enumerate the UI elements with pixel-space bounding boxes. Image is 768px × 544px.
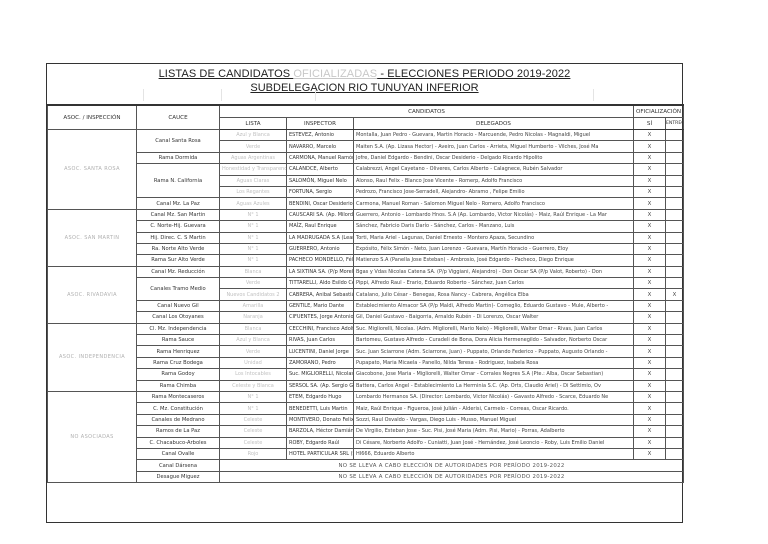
faint-divider (593, 89, 594, 101)
table-row: ASOC. SANTA ROSACanal Santa RosaAzul y B… (48, 130, 684, 141)
delegados-cell: Matienzo S.A (Panella Jose Esteban) - Am… (354, 255, 634, 266)
lista-cell: Azul y Blanca (220, 335, 287, 346)
inspector-cell: HOTEL PARTICULAR SRL (Sr.) (287, 448, 354, 459)
delegados-cell: Pippi, Alfredo Raul - Erario, Eduardo Ro… (354, 278, 634, 289)
cauce-cell: Rama Henriquez (137, 346, 220, 357)
header-candidatos: CANDIDATOS (220, 105, 634, 118)
cauce-cell: Rama Chimba (137, 380, 220, 391)
cauce-cell: Rama Sauce (137, 335, 220, 346)
table-row: Hij. Direc. C. S MartinN° 1LA MADRUGADA … (48, 232, 684, 243)
entregadas-mark (666, 152, 684, 163)
cauce-cell: Ra. Norte Alto Verde (137, 243, 220, 254)
title-block: LISTAS DE CANDIDATOS OFICIALIZADAS - ELE… (47, 64, 682, 104)
cauce-cell: C. Mz. Constitución (137, 403, 220, 414)
lista-cell: Naranja (220, 312, 287, 323)
inspector-cell: RIVAS, Juan Carlos (287, 335, 354, 346)
delegados-cell: Carmona, Manuel Roman - Salomon Miguel N… (354, 198, 634, 209)
lista-cell: N° 1 (220, 243, 287, 254)
delegados-cell: Expósito, Félix Simón - Neto, Juan Loren… (354, 243, 634, 254)
entregadas-mark (666, 232, 684, 243)
inspector-cell: MAÍZ, Raul Enrique (287, 221, 354, 232)
delegados-cell: Suc. Migliorelli, Nicolas. (Adm. Miglior… (354, 323, 634, 334)
lista-cell: Celeste (220, 426, 287, 437)
lista-cell: Rojo (220, 448, 287, 459)
table-row: Canal DársenaNO SE LLEVA A CABO ELECCIÓN… (48, 460, 684, 471)
table-row: Canal Mz. La PazAguas AzulesBENDINI, Osc… (48, 198, 684, 209)
entregadas-mark (666, 414, 684, 425)
entregadas-mark (666, 312, 684, 323)
oficializada-si-mark: X (634, 255, 666, 266)
inspector-cell: Suc. MIGLIORELLI, Nicolas (Adm.) (287, 369, 354, 380)
delegados-cell: Bgas y Vdas Nicolas Catena SA. (P/p Vigg… (354, 266, 634, 277)
oficializada-si-mark: X (634, 369, 666, 380)
oficializada-si-mark: X (634, 266, 666, 277)
inspector-cell: CECCHINI, Francisco Adolfo (287, 323, 354, 334)
delegados-cell: Gil, Daniel Gustavo - Baigorria, Arnaldo… (354, 312, 634, 323)
inspector-cell: CAUSCARI SA. (Ap. Milorda, Eduardo) (287, 209, 354, 220)
table-body: ASOC. SANTA ROSACanal Santa RosaAzul y B… (48, 130, 684, 483)
document-title: LISTAS DE CANDIDATOS OFICIALIZADAS - ELE… (47, 68, 682, 80)
oficializada-si-mark: X (634, 278, 666, 289)
inspector-cell: FORTUNA, Sergio (287, 186, 354, 197)
inspector-cell: LUCENTINI, Daniel Jorge (287, 346, 354, 357)
cauce-cell: Rama N. California (137, 164, 220, 198)
lista-cell: Nuevos Candidatos 2 (220, 289, 287, 300)
lista-cell: N° 1 (220, 391, 287, 402)
delegados-cell: Lombardo Hermanos SA. (Director: Lombard… (354, 391, 634, 402)
lista-cell: Azul y Blanca (220, 130, 287, 141)
oficializada-si-mark: X (634, 232, 666, 243)
oficializada-si-mark: X (634, 221, 666, 232)
delegados-cell: Montalla, Juan Pedro - Guevara, Martin H… (354, 130, 634, 141)
delegados-cell: Maiz, Raúl Enrique - Figueroa, José Juli… (354, 403, 634, 414)
lista-cell: Celeste (220, 437, 287, 448)
entregadas-mark (666, 175, 684, 186)
lista-cell: Los Regantes (220, 186, 287, 197)
oficializada-si-mark: X (634, 335, 666, 346)
inspector-cell: GENTILE, Mario Dante (287, 300, 354, 311)
association-cell: ASOC. SAN MARTIN (48, 209, 137, 266)
delegados-cell: Sánchez, Fabricio Daris Darío - Sánchez,… (354, 221, 634, 232)
delegados-cell: HI666, Eduardo Alberto (354, 448, 634, 459)
title-part1: LISTAS DE CANDIDATOS (159, 68, 294, 80)
oficializada-si-mark: X (634, 437, 666, 448)
lista-cell: N° 1 (220, 255, 287, 266)
table-row: ASOC. RIVADAVIACanal Mz. ReducciónBlanca… (48, 266, 684, 277)
lista-cell: N° 1 (220, 403, 287, 414)
table-row: NO ASOCIADASRama MontecaserosN° 1ETEM, E… (48, 391, 684, 402)
table-row: Desague MiguezNO SE LLEVA A CABO ELECCIÓ… (48, 471, 684, 482)
table-row: C. Chacabuco-ArbolesCelesteROBY, Edgardo… (48, 437, 684, 448)
inspector-cell: ESTEVEZ, Antonio (287, 130, 354, 141)
entregadas-mark (666, 346, 684, 357)
entregadas-mark (666, 255, 684, 266)
candidates-table: ASOC. / INSPECCIÓN CAUCE CANDIDATOS OFIC… (47, 104, 684, 483)
delegados-cell: Calabrezzi, Angel Cayetano - Oliveres, C… (354, 164, 634, 175)
entregadas-mark (666, 426, 684, 437)
entregadas-mark (666, 357, 684, 368)
lista-cell: Aguas Azules (220, 198, 287, 209)
lista-cell: N° 1 (220, 209, 287, 220)
table-row: Rama SauceAzul y BlancaRIVAS, Juan Carlo… (48, 335, 684, 346)
oficializada-si-mark: X (634, 426, 666, 437)
lista-cell: Honestidad y Transparencia (220, 164, 287, 175)
inspector-cell: SALOMÓN, Miguel Nelo (287, 175, 354, 186)
delegados-cell: Giacobone, Jose Maria - Migliorelli, Wal… (354, 369, 634, 380)
inspector-cell: BENDINI, Oscar Desiderio (287, 198, 354, 209)
delegados-cell: Guerrero, Antonio - Lombardo Hnos. S.A (… (354, 209, 634, 220)
table-row: Canal Los OtoyanesNaranjaCIFUENTES, Jorg… (48, 312, 684, 323)
oficializada-si-mark: X (634, 391, 666, 402)
header-lista: LISTA (220, 118, 287, 130)
lista-cell: Aguas Claras (220, 175, 287, 186)
inspector-cell: GUERRERO, Antonio (287, 243, 354, 254)
cauce-cell: Desague Miguez (137, 471, 220, 482)
entregadas-mark (666, 209, 684, 220)
association-cell: ASOC. SANTA ROSA (48, 130, 137, 210)
cauce-cell: Cl. Mz. Independencia (137, 323, 220, 334)
document-sheet: LISTAS DE CANDIDATOS OFICIALIZADAS - ELE… (46, 63, 683, 523)
oficializada-si-mark: X (634, 312, 666, 323)
faint-divider (221, 89, 222, 101)
inspector-cell: LA SIXTINA SA. (P/p Morelli) (287, 266, 354, 277)
oficializada-si-mark: X (634, 448, 666, 459)
delegados-cell: Di Césare, Norberto Adolfo - Cuniatti, J… (354, 437, 634, 448)
oficializada-si-mark: X (634, 175, 666, 186)
entregadas-mark: X (666, 289, 684, 300)
association-cell: ASOC. INDEPENDENCIA (48, 323, 137, 391)
cauce-cell: Canal Dársena (137, 460, 220, 471)
oficializada-si-mark: X (634, 198, 666, 209)
lista-cell: Verde (220, 141, 287, 152)
cauce-cell: Canal Mz. Reducción (137, 266, 220, 277)
delegados-cell: Establecimiento Almacor SA (P/p Maldi, A… (354, 300, 634, 311)
oficializada-si-mark: X (634, 130, 666, 141)
cauce-cell: Rama Godoy (137, 369, 220, 380)
table-row: C. Mz. ConstituciónN° 1BENEDETTI, Luis M… (48, 403, 684, 414)
cauce-cell: Canal Mz. San Martin (137, 209, 220, 220)
header-delegados: DELEGADOS (354, 118, 634, 130)
inspector-cell: LA MADRUGADA S.A (Leandro) (287, 232, 354, 243)
cauce-cell: Canal Los Otoyanes (137, 312, 220, 323)
association-cell: ASOC. RIVADAVIA (48, 266, 137, 323)
entregadas-mark (666, 198, 684, 209)
cauce-cell: Rama Cruz Bodega (137, 357, 220, 368)
table-row: ASOC. INDEPENDENCIACl. Mz. Independencia… (48, 323, 684, 334)
faint-divider (315, 89, 316, 101)
table-row: Rama DormidaAguas ArgentinasCARMONA, Man… (48, 152, 684, 163)
oficializada-si-mark: X (634, 346, 666, 357)
inspector-cell: ZAMORANO, Pedro (287, 357, 354, 368)
delegados-cell: Alonso, Raul Felix - Blanco Jose Vicente… (354, 175, 634, 186)
table-row: Canales de MedranoCelesteMONTIVERO, Dona… (48, 414, 684, 425)
delegados-cell: De Virgilio, Esteban Jose - Suc. Pisi, J… (354, 426, 634, 437)
entregadas-mark (666, 380, 684, 391)
inspector-cell: ROBY, Edgardo Raúl (287, 437, 354, 448)
inspector-cell: CARMONA, Manuel Ramón (287, 152, 354, 163)
no-election-notice: NO SE LLEVA A CABO ELECCIÓN DE AUTORIDAD… (220, 471, 684, 482)
table-row: Rama Sur Alto VerdeN° 1PACHECO MONDELLO,… (48, 255, 684, 266)
lista-cell: Verde (220, 346, 287, 357)
oficializada-si-mark: X (634, 414, 666, 425)
delegados-cell: Sozzi, Raul Osvaldo - Vargas, Diego Luis… (354, 414, 634, 425)
delegados-cell: Pupapato, Maria Micaela - Panello, Nilda… (354, 357, 634, 368)
cauce-cell: Ramos de La Paz (137, 426, 220, 437)
entregadas-mark (666, 266, 684, 277)
header-oficializacion: OFICIALIZACIÓN (634, 105, 684, 118)
table-row: Ra. Norte Alto VerdeN° 1GUERRERO, Antoni… (48, 243, 684, 254)
title-part2: - ELECCIONES PERIODO 2019-2022 (377, 68, 570, 80)
delegados-cell: Bartomeu, Gustavo Alfredo - Curadeli de … (354, 335, 634, 346)
table-row: Rama HenriquezVerdeLUCENTINI, Daniel Jor… (48, 346, 684, 357)
oficializada-si-mark: X (634, 243, 666, 254)
cauce-cell: C. Chacabuco-Arboles (137, 437, 220, 448)
entregadas-mark (666, 164, 684, 175)
inspector-cell: SERSOL SA. (Ap. Sergio Gogo) (287, 380, 354, 391)
delegados-cell: Maiten S.A. (Ap. Lizasa Hector) - Aveiro… (354, 141, 634, 152)
header-entregadas: ENTREGADAS (666, 118, 684, 130)
no-election-notice: NO SE LLEVA A CABO ELECCIÓN DE AUTORIDAD… (220, 460, 684, 471)
lista-cell: Amarilla (220, 300, 287, 311)
oficializada-si-mark: X (634, 209, 666, 220)
oficializada-si-mark: X (634, 403, 666, 414)
table-row: Ramos de La PazCelesteBARZOLA, Héctor Da… (48, 426, 684, 437)
lista-cell: Blanca (220, 323, 287, 334)
lista-cell: Unidad (220, 357, 287, 368)
oficializada-si-mark: X (634, 152, 666, 163)
oficializada-si-mark: X (634, 323, 666, 334)
delegados-cell: Pedrozo, Francisco Jose-Serradell, Aleja… (354, 186, 634, 197)
lista-cell: Celeste y Blanca (220, 380, 287, 391)
header-asoc: ASOC. / INSPECCIÓN (48, 105, 137, 130)
delegados-cell: Torti, Maria Ariel - Lagunas, Daniel Ern… (354, 232, 634, 243)
entregadas-mark (666, 141, 684, 152)
delegados-cell: Battera, Carlos Angel - Establecimiento … (354, 380, 634, 391)
table-row: Canal OvalleRojoHOTEL PARTICULAR SRL (Sr… (48, 448, 684, 459)
cauce-cell: Canales de Medrano (137, 414, 220, 425)
table-row: Canal Nuevo GilAmarillaGENTILE, Mario Da… (48, 300, 684, 311)
delegados-cell: Catalano, Julio César - Benegas, Rosa Na… (354, 289, 634, 300)
lista-cell: Aguas Argentinas (220, 152, 287, 163)
cauce-cell: Hij. Direc. C. S Martin (137, 232, 220, 243)
entregadas-mark (666, 369, 684, 380)
inspector-cell: NAVARRO, Marcelo (287, 141, 354, 152)
table-row: ASOC. SAN MARTINCanal Mz. San MartinN° 1… (48, 209, 684, 220)
delegados-cell: Suc. Juan Sciarrone (Adm. Sciarrone, Jua… (354, 346, 634, 357)
cauce-cell: Rama Montecaseros (137, 391, 220, 402)
cauce-cell: Canal Nuevo Gil (137, 300, 220, 311)
entregadas-mark (666, 437, 684, 448)
title-faded-word: OFICIALIZADAS (293, 68, 377, 80)
table-row: Rama Cruz BodegaUnidadZAMORANO, PedroPup… (48, 357, 684, 368)
lista-cell: Celeste (220, 414, 287, 425)
lista-cell: N° 1 (220, 232, 287, 243)
entregadas-mark (666, 243, 684, 254)
cauce-cell: Rama Dormida (137, 152, 220, 163)
oficializada-si-mark: X (634, 186, 666, 197)
entregadas-mark (666, 278, 684, 289)
table-row: Canales Tramo MedioVerdeTITTARELLI, Aldo… (48, 278, 684, 289)
inspector-cell: BENEDETTI, Luis Martin (287, 403, 354, 414)
table-row: Rama N. CaliforniaHonestidad y Transpare… (48, 164, 684, 175)
inspector-cell: TITTARELLI, Aldo Esildo Cesar (287, 278, 354, 289)
table-row: C. Norte-Hij. GuevaraN° 1MAÍZ, Raul Enri… (48, 221, 684, 232)
association-cell: NO ASOCIADAS (48, 391, 137, 482)
cauce-cell: Canales Tramo Medio (137, 278, 220, 301)
header-si: SÍ (634, 118, 666, 130)
inspector-cell: ETEM, Edgardo Hugo (287, 391, 354, 402)
cauce-cell: Canal Mz. La Paz (137, 198, 220, 209)
inspector-cell: CABRERA, Anibal Sebastián (287, 289, 354, 300)
entregadas-mark (666, 448, 684, 459)
cauce-cell: Canal Santa Rosa (137, 130, 220, 153)
oficializada-si-mark: X (634, 164, 666, 175)
entregadas-mark (666, 391, 684, 402)
lista-cell: Verde (220, 278, 287, 289)
inspector-cell: BARZOLA, Héctor Damián (287, 426, 354, 437)
table-row: Rama ChimbaCeleste y BlancaSERSOL SA. (A… (48, 380, 684, 391)
lista-cell: N° 1 (220, 221, 287, 232)
oficializada-si-mark: X (634, 357, 666, 368)
entregadas-mark (666, 221, 684, 232)
faint-divider (143, 89, 144, 101)
header-row-1: ASOC. / INSPECCIÓN CAUCE CANDIDATOS OFIC… (48, 105, 684, 118)
lista-cell: Blanca (220, 266, 287, 277)
oficializada-si-mark: X (634, 300, 666, 311)
entregadas-mark (666, 186, 684, 197)
cauce-cell: Canal Ovalle (137, 448, 220, 459)
cauce-cell: Rama Sur Alto Verde (137, 255, 220, 266)
inspector-cell: PACHECO MONDELLO, Félix E. (287, 255, 354, 266)
header-inspector: INSPECTOR (287, 118, 354, 130)
cauce-cell: C. Norte-Hij. Guevara (137, 221, 220, 232)
entregadas-mark (666, 323, 684, 334)
entregadas-mark (666, 335, 684, 346)
entregadas-mark (666, 300, 684, 311)
oficializada-si-mark: X (634, 289, 666, 300)
table-row: Rama GodoyLos IntocablesSuc. MIGLIORELLI… (48, 369, 684, 380)
entregadas-mark (666, 130, 684, 141)
entregadas-mark (666, 403, 684, 414)
inspector-cell: MONTIVERO, Donato Felix (287, 414, 354, 425)
header-cauce: CAUCE (137, 105, 220, 130)
inspector-cell: CALANDCE, Alberto (287, 164, 354, 175)
inspector-cell: CIFUENTES, Jorge Antonio (287, 312, 354, 323)
delegados-cell: Jofre, Daniel Edgardo - Bendini, Oscar D… (354, 152, 634, 163)
lista-cell: Los Intocables (220, 369, 287, 380)
oficializada-si-mark: X (634, 141, 666, 152)
oficializada-si-mark: X (634, 380, 666, 391)
